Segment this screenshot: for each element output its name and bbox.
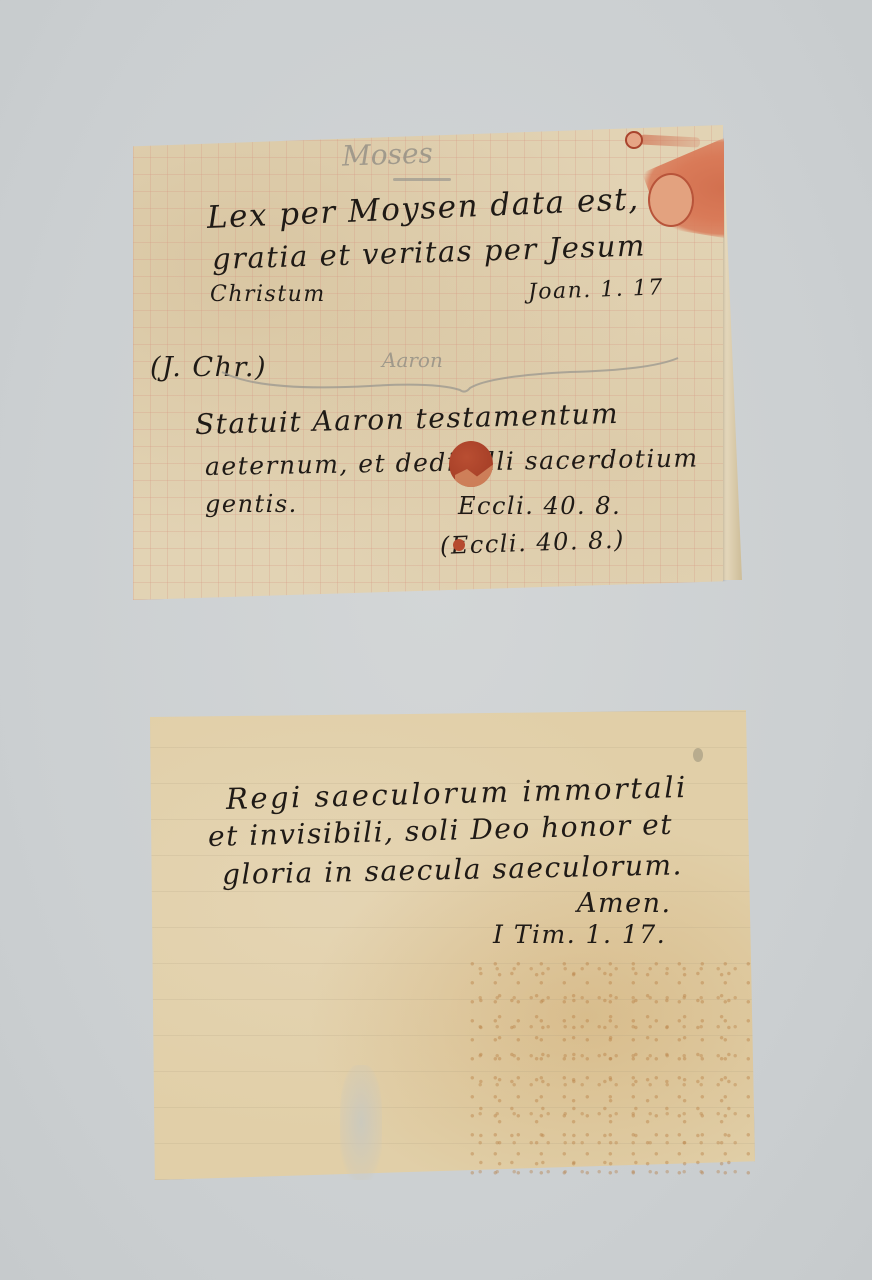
paper-abrasion (340, 1065, 382, 1180)
red-wax-seal (449, 441, 493, 487)
citation-timothy: I Tim. 1. 17. (493, 920, 666, 949)
citation-joan: Joan. 1. 17 (528, 275, 665, 305)
faint-pencil-mark (693, 748, 703, 762)
citation-eccli: Eccli. 40. 8. (458, 492, 621, 520)
top-note-line-3: Christum (210, 282, 326, 307)
pencil-brace (220, 352, 682, 396)
red-ring-stain-small (625, 131, 643, 149)
pencil-heading-moses: Moses (341, 136, 433, 172)
top-note-line-6: gentis. (205, 490, 298, 518)
red-wax-dot (453, 539, 465, 551)
bottom-note-amen: Amen. (577, 888, 672, 919)
pencil-underline (393, 178, 451, 181)
red-ring-stain-large (648, 173, 694, 227)
foxing-spots (470, 960, 750, 1180)
